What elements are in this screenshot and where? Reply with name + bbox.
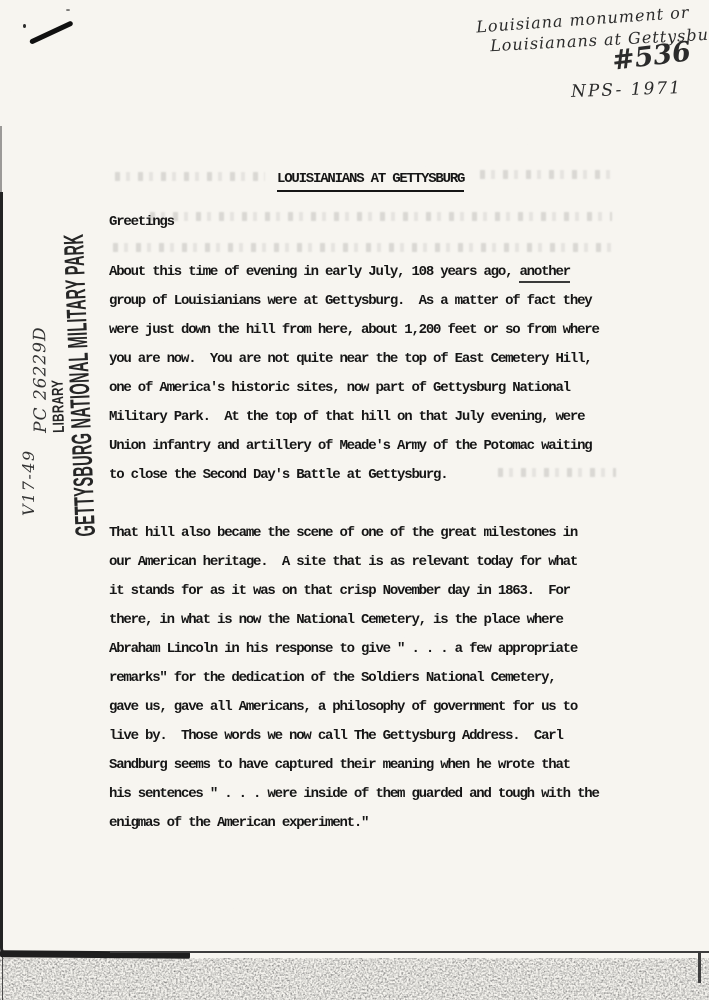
bleed-through-artifact (480, 170, 618, 179)
typewritten-line: group of Louisianians were at Gettysburg… (109, 287, 599, 316)
pencil-accession-number: PC 26229D (30, 326, 51, 433)
text-segment: That hill also became the scene of one o… (109, 525, 577, 541)
typewritten-line: Union infantry and artillery of Meade's … (109, 432, 599, 461)
typewritten-line: one of America's historic sites, now par… (109, 374, 599, 403)
text-segment: group of Louisianians were at Gettysburg… (109, 293, 592, 309)
ink-dot (23, 24, 26, 28)
typewritten-line: About this time of evening in early July… (109, 258, 599, 287)
bleed-through-artifact (115, 172, 265, 181)
scanned-document-page: Louisiana monument or Louisianans at Get… (0, 0, 709, 1000)
text-segment: one of America's historic sites, now par… (109, 380, 570, 396)
handwritten-catalog-number: NPS- 1971 (571, 78, 683, 102)
typewritten-line: our American heritage. A site that is as… (109, 548, 599, 577)
bleed-through-artifact (150, 212, 612, 221)
text-segment: enigmas of the American experiment." (109, 815, 368, 831)
text-segment: to close the Second Day's Battle at Gett… (109, 467, 447, 483)
page-bottom-edge-line (110, 951, 709, 953)
salutation: Greetings (109, 214, 174, 230)
text-segment: remarks" for the dedication of the Soldi… (109, 670, 556, 686)
text-segment: his sentences " . . . were inside of the… (109, 786, 599, 802)
ink-dot (66, 9, 70, 11)
text-segment: Abraham Lincoln in his response to give … (109, 641, 577, 657)
typewritten-line: That hill also became the scene of one o… (109, 519, 599, 548)
typewritten-line: gave us, gave all Americans, a philosoph… (109, 693, 599, 722)
paragraph: That hill also became the scene of one o… (109, 519, 599, 838)
text-segment: About this time of evening in early July… (109, 264, 519, 280)
text-segment: live by. Those words we now call The Get… (109, 728, 563, 744)
text-segment: you are now. You are not quite near the … (109, 351, 592, 367)
typewritten-line: Sandburg seems to have captured their me… (109, 751, 599, 780)
pencil-file-code: V17-49 (19, 449, 38, 516)
text-segment: Sandburg seems to have captured their me… (109, 757, 570, 773)
library-stamp-library: LIBRARY (51, 379, 68, 433)
typewritten-line: enigmas of the American experiment." (109, 809, 599, 838)
page-left-edge-line (0, 192, 3, 948)
text-segment: our American heritage. A site that is as… (109, 554, 577, 570)
text-segment: Union infantry and artillery of Meade's … (109, 438, 592, 454)
text-segment: there, in what is now the National Cemet… (109, 612, 563, 628)
text-segment: gave us, gave all Americans, a philosoph… (109, 699, 577, 715)
typewritten-line: it stands for as it was on that crisp No… (109, 577, 599, 606)
typewritten-line: Military Park. At the top of that hill o… (109, 403, 599, 432)
text-segment: it stands for as it was on that crisp No… (109, 583, 570, 599)
document-body: About this time of evening in early July… (109, 258, 599, 867)
text-segment: were just down the hill from here, about… (109, 322, 599, 338)
typewritten-line: there, in what is now the National Cemet… (109, 606, 599, 635)
typewritten-line: to close the Second Day's Battle at Gett… (109, 461, 599, 490)
underlined-word: another (519, 264, 569, 283)
typewritten-line: Abraham Lincoln in his response to give … (109, 635, 599, 664)
document-title: LOUISIANIANS AT GETTYSBURG (277, 170, 464, 192)
page-bottom-right-tick (698, 953, 701, 983)
typewritten-line: live by. Those words we now call The Get… (109, 722, 599, 751)
typewritten-line: remarks" for the dedication of the Soldi… (109, 664, 599, 693)
page-left-edge-faint (0, 126, 2, 194)
typewritten-line: were just down the hill from here, about… (109, 316, 599, 345)
bleed-through-artifact (113, 243, 613, 252)
pen-mark-top-left (29, 20, 74, 44)
typewritten-line: his sentences " . . . were inside of the… (109, 780, 599, 809)
paragraph: About this time of evening in early July… (109, 258, 599, 490)
typewritten-line: you are now. You are not quite near the … (109, 345, 599, 374)
text-segment: Military Park. At the top of that hill o… (109, 409, 584, 425)
